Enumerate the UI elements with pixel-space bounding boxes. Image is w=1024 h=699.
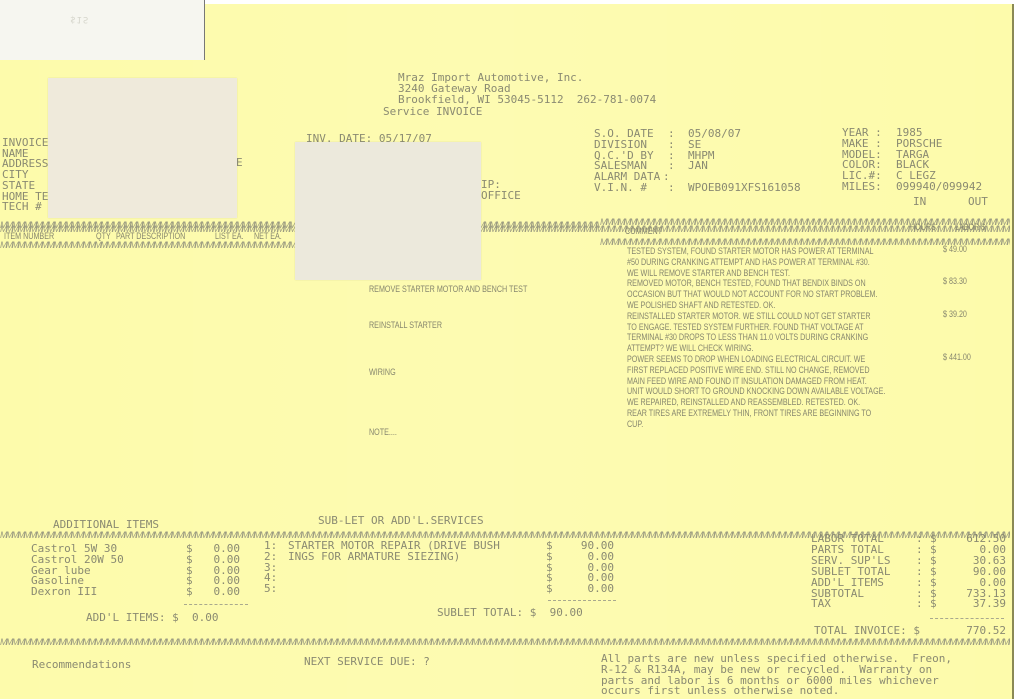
additional-items-title: ADDITIONAL ITEMS: [53, 519, 159, 530]
job-labor-amount: $ 83.30: [943, 276, 967, 287]
currency-symbol: $: [172, 611, 179, 624]
office-label: OFFICE: [481, 190, 521, 201]
job-comment-line: CUP.: [627, 419, 643, 430]
job-labor-amount: $ 49.00: [943, 244, 967, 255]
job-comment-line: TO ENGAGE. TESTED SYSTEM FURTHER. FOUND …: [627, 322, 864, 333]
warranty-line: occurs first unless otherwise noted.: [601, 685, 839, 696]
job-comment-line: WE WILL REMOVE STARTER AND BENCH TEST.: [627, 268, 790, 279]
header-list-ea: LIST EA.: [215, 231, 244, 242]
job-labor-amount: $ 441.00: [943, 352, 971, 363]
vehicle-label-miles: MILES:: [842, 181, 882, 192]
currency-symbol: $: [546, 583, 553, 594]
total-invoice-label: TOTAL INVOICE: $: [814, 625, 920, 636]
totals-amount: 37.39: [944, 598, 1006, 609]
totals-amount: 0.00: [944, 577, 1006, 588]
currency-symbol: $: [930, 577, 937, 588]
job-comment-line: OCCASION BUT THAT WOULD NOT ACCOUNT FOR …: [627, 289, 877, 300]
order-value: WPOEB091XFS161058: [688, 182, 801, 193]
dot-matrix-divider: MMMMMMMMMMMMMMMMMMMMMMMMMMMMMMMMMMMMMMMM…: [600, 218, 1010, 226]
sublet-total-label: SUBLET TOTAL:: [437, 606, 523, 619]
job-comment-line: MAIN FEED WIRE AND FOUND IT INSULATION D…: [627, 376, 867, 387]
document-type: Service INVOICE: [383, 106, 482, 117]
totals-divider: [930, 618, 1004, 619]
additional-items-divider: [184, 604, 248, 605]
customer-label-tech-: TECH #: [2, 201, 42, 212]
job-comment-line: FIRST REPLACED POSITIVE WIRE END. STILL …: [627, 365, 870, 376]
order-label: V.I.N. #: [594, 182, 647, 193]
miles-in-label: IN: [913, 196, 926, 207]
currency-symbol: $: [930, 598, 937, 609]
miles-out-label: OUT: [968, 196, 988, 207]
additional-items-total-value: 0.00: [192, 611, 219, 624]
vehicle-value-miles: 099940/099942: [896, 181, 982, 192]
job-title: REINSTALL STARTER: [369, 320, 442, 331]
sublet-item-number: 5:: [264, 583, 277, 594]
header-hours: HOURS: [910, 222, 936, 233]
job-labor-amount: $ 39.20: [943, 309, 967, 320]
sublet-title: SUB-LET OR ADD'L.SERVICES: [318, 515, 484, 526]
receipt-stub: $1S: [0, 0, 205, 60]
dot-matrix-divider: MMMMMMMMMMMMMMMMMMMMMMMMMMMMMMMMMMMMMMMM…: [0, 638, 1010, 646]
job-comment-line: POWER SEEMS TO DROP WHEN LOADING ELECTRI…: [627, 354, 865, 365]
additional-items-total-label: ADD'L ITEMS:: [86, 611, 165, 624]
sublet-divider: [548, 600, 616, 601]
header-item-number: ITEM NUMBER: [4, 231, 54, 242]
header-net-ea: NET EA.: [254, 231, 282, 242]
job-comment-line: REAR TIRES ARE EXTREMELY THIN, FRONT TIR…: [627, 408, 871, 419]
job-comment-line: WE REPAIRED, REINSTALLED AND REASSEMBLED…: [627, 397, 860, 408]
redacted-customer-details: [295, 142, 481, 280]
stub-text: $1S: [70, 14, 89, 24]
recommendations-label: Recommendations: [32, 659, 131, 670]
totals-label: TAX: [811, 598, 831, 609]
next-service-due: NEXT SERVICE DUE: ?: [304, 656, 430, 667]
job-comment-line: #50 DURING CRANKING ATTEMPT AND HAS POWE…: [627, 257, 870, 268]
job-comment-line: TERMINAL #30 DROPS TO LESS THAN 11.0 VOL…: [627, 332, 868, 343]
sublet-item-amount: 0.00: [560, 583, 614, 594]
header-labor: LABOR $: [955, 222, 985, 233]
totals-colon: :: [916, 577, 923, 588]
sublet-item-description: INGS FOR ARMATURE SIEZING): [288, 551, 460, 562]
currency-symbol: $: [530, 606, 537, 619]
header-comment: COMMENT: [625, 226, 662, 237]
job-comment-line: WE POLISHED SHAFT AND RETESTED. OK.: [627, 300, 775, 311]
job-title: REMOVE STARTER MOTOR AND BENCH TEST: [369, 284, 527, 295]
total-invoice-label-text: TOTAL INVOICE:: [814, 624, 907, 637]
order-colon: :: [668, 182, 675, 193]
job-comment-line: UNIT WOULD SHORT TO GROUND KNOCKING DOWN…: [627, 386, 885, 397]
totals-colon: :: [916, 598, 923, 609]
additional-item-amount: 0.00: [198, 586, 240, 597]
redacted-customer-info: [48, 78, 237, 218]
sublet-total-value: 90.00: [550, 606, 583, 619]
job-comment-line: TESTED SYSTEM, FOUND STARTER MOTOR HAS P…: [627, 246, 873, 257]
scan-background-right: [1014, 0, 1024, 699]
currency-symbol: $: [186, 586, 193, 597]
totals-label: ADD'L ITEMS: [811, 577, 884, 588]
header-qty: QTY: [96, 231, 111, 242]
job-comment-line: REMOVED MOTOR, BENCH TESTED, FOUND THAT …: [627, 278, 866, 289]
job-comment-line: REINSTALLED STARTER MOTOR. WE STILL COUL…: [627, 311, 871, 322]
job-title: WIRING: [369, 367, 396, 378]
company-city-phone: Brookfield, WI 53045-5112 262-781-0074: [398, 94, 656, 105]
job-comment-line: ATTEMPT? WE WILL CHECK WIRING.: [627, 343, 754, 354]
order-value: JAN: [688, 160, 708, 171]
additional-items-total: ADD'L ITEMS: $ 0.00: [86, 612, 218, 623]
sublet-total: SUBLET TOTAL: $ 90.00: [437, 607, 583, 618]
additional-item-name: Dexron III: [31, 586, 97, 597]
header-part-description: PART DESCRIPTION: [116, 231, 185, 242]
total-invoice-value: 770.52: [944, 625, 1006, 636]
note-label: NOTE....: [369, 427, 397, 438]
currency-symbol: $: [913, 624, 920, 637]
